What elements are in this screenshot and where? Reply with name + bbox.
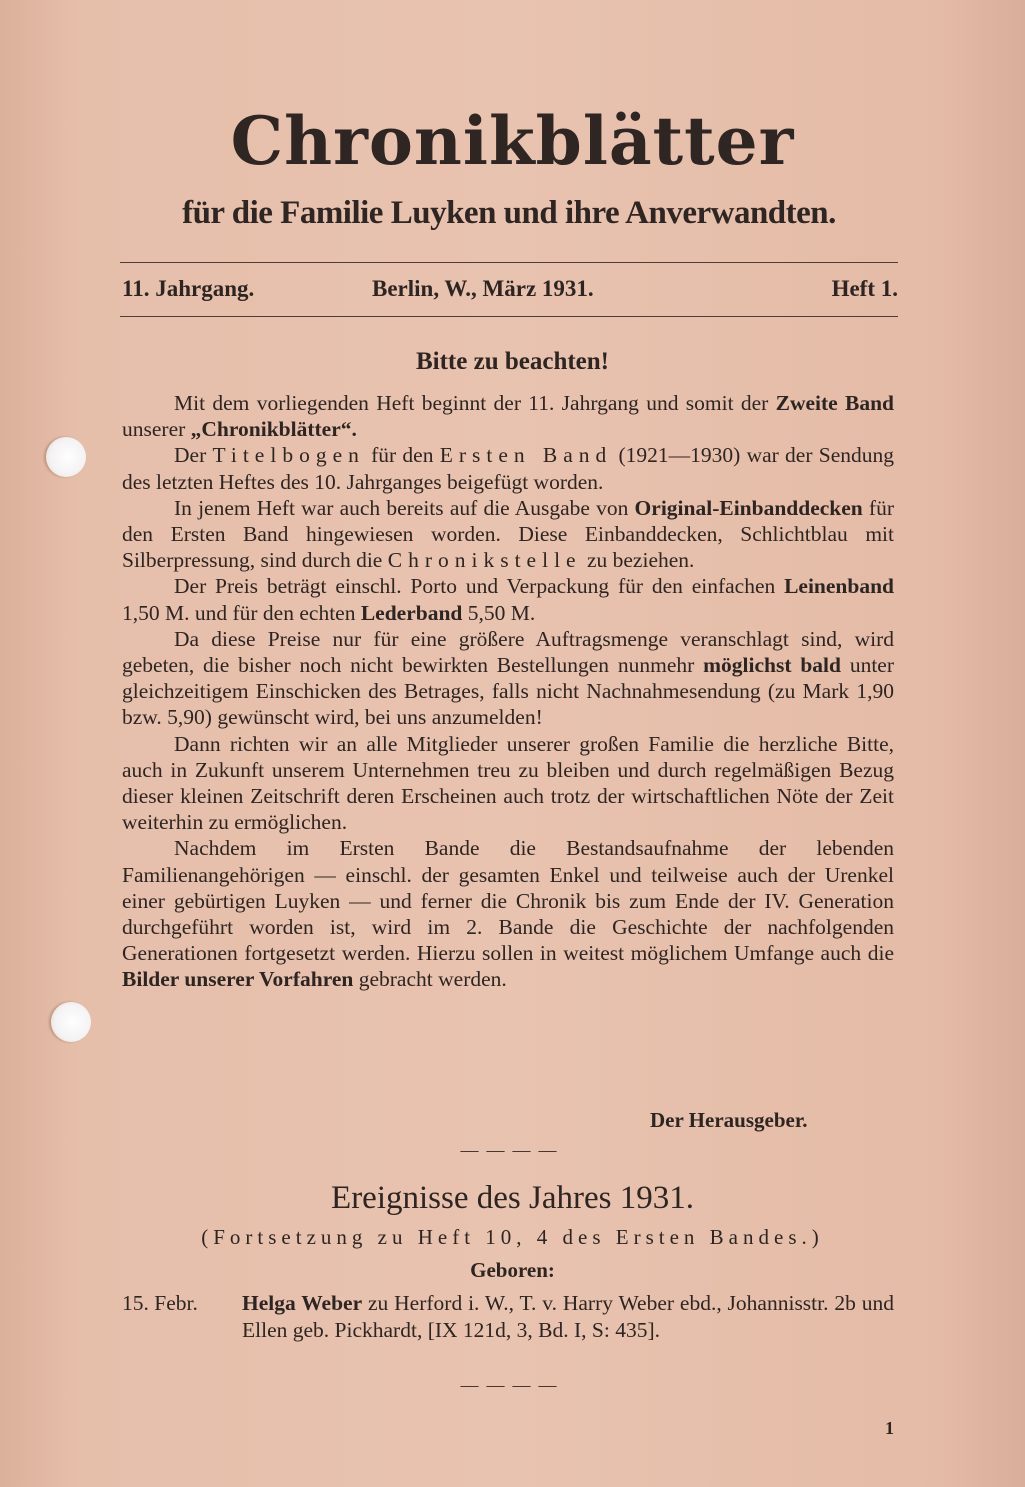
signature: Der Herausgeber. [650, 1108, 807, 1133]
publication-title: Chronikblätter [0, 102, 1025, 180]
text-run: Dann richten wir an alle Mitglieder unse… [122, 732, 894, 835]
text-run: Nachdem im Ersten Bande die Bestandsaufn… [122, 836, 894, 965]
events-subtitle: (Fortsetzung zu Heft 10, 4 des Ersten Ba… [0, 1225, 1025, 1250]
events-category: Geboren: [0, 1258, 1025, 1283]
notice-paragraph: Mit dem vorliegenden Heft beginnt der 11… [122, 390, 894, 442]
text-run: gebracht werden. [353, 967, 506, 991]
masthead: 11. Jahrgang. Berlin, W., März 1931. Hef… [122, 276, 898, 302]
notice-paragraph: Der Preis beträgt einschl. Porto und Ver… [122, 573, 894, 625]
emphasis-bold: Original-Einbanddecken [635, 496, 863, 520]
end-separator: ———— [0, 1375, 1025, 1396]
events-title: Ereignisse des Jahres 1931. [0, 1180, 1025, 1217]
emphasis-bold: „Chronikblätter“. [191, 417, 357, 441]
volume-label: 11. Jahrgang. [122, 276, 254, 302]
event-date: 15. Febr. [122, 1290, 198, 1317]
text-run: 1,50 M. und für den echten [122, 601, 361, 625]
emphasis-bold: möglichst bald [703, 653, 841, 677]
text-run: Der [174, 443, 212, 467]
event-entry: 15. Febr. Helga Weber zu Herford i. W., … [122, 1290, 894, 1343]
text-run: für den [365, 443, 440, 467]
masthead-rule-bottom [120, 316, 898, 317]
text-run: unserer [122, 417, 191, 441]
emphasis-bold: Leinenband [784, 574, 894, 598]
punch-hole-bottom [51, 1002, 91, 1042]
notice-paragraph: Nachdem im Ersten Bande die Bestandsaufn… [122, 835, 894, 992]
section-separator: ———— [0, 1140, 1025, 1161]
publication-subtitle: für die Familie Luyken und ihre Anverwan… [118, 195, 900, 232]
masthead-rule-top [120, 262, 898, 263]
notice-paragraph: Da diese Preise nur für eine größere Auf… [122, 626, 894, 731]
notice-paragraph: Dann richten wir an alle Mitglieder unse… [122, 731, 894, 836]
text-run: In jenem Heft war auch bereits auf die A… [174, 496, 635, 520]
punch-hole-top [46, 437, 86, 477]
text-run: Der Preis beträgt einschl. Porto und Ver… [174, 574, 784, 598]
text-run: 5,50 M. [462, 601, 535, 625]
emphasis-bold: Bilder unserer Vorfahren [122, 967, 353, 991]
text-run: Mit dem vorliegenden Heft beginnt der 11… [174, 391, 776, 415]
issue-label: Heft 1. [832, 276, 898, 302]
emphasis-bold: Zweite Band [776, 391, 894, 415]
emphasis-spaced: Ersten Band [440, 443, 613, 467]
emphasis-spaced: Titelbogen [212, 443, 364, 467]
text-run: zu beziehen. [582, 548, 695, 572]
emphasis-bold: Lederband [361, 601, 463, 625]
event-text: Helga Weber zu Herford i. W., T. v. Harr… [242, 1290, 894, 1343]
page-number: 1 [885, 1418, 894, 1439]
emphasis-spaced: Chronikstelle [388, 548, 582, 572]
document-page: Chronikblätter für die Familie Luyken un… [0, 0, 1025, 1487]
notice-paragraph: In jenem Heft war auch bereits auf die A… [122, 495, 894, 574]
place-date: Berlin, W., März 1931. [372, 276, 594, 302]
notice-paragraph: Der Titelbogen für den Ersten Band (1921… [122, 442, 894, 494]
event-name: Helga Weber [242, 1291, 362, 1315]
notice-title: Bitte zu beachten! [0, 348, 1025, 376]
notice-body: Mit dem vorliegenden Heft beginnt der 11… [122, 390, 894, 993]
